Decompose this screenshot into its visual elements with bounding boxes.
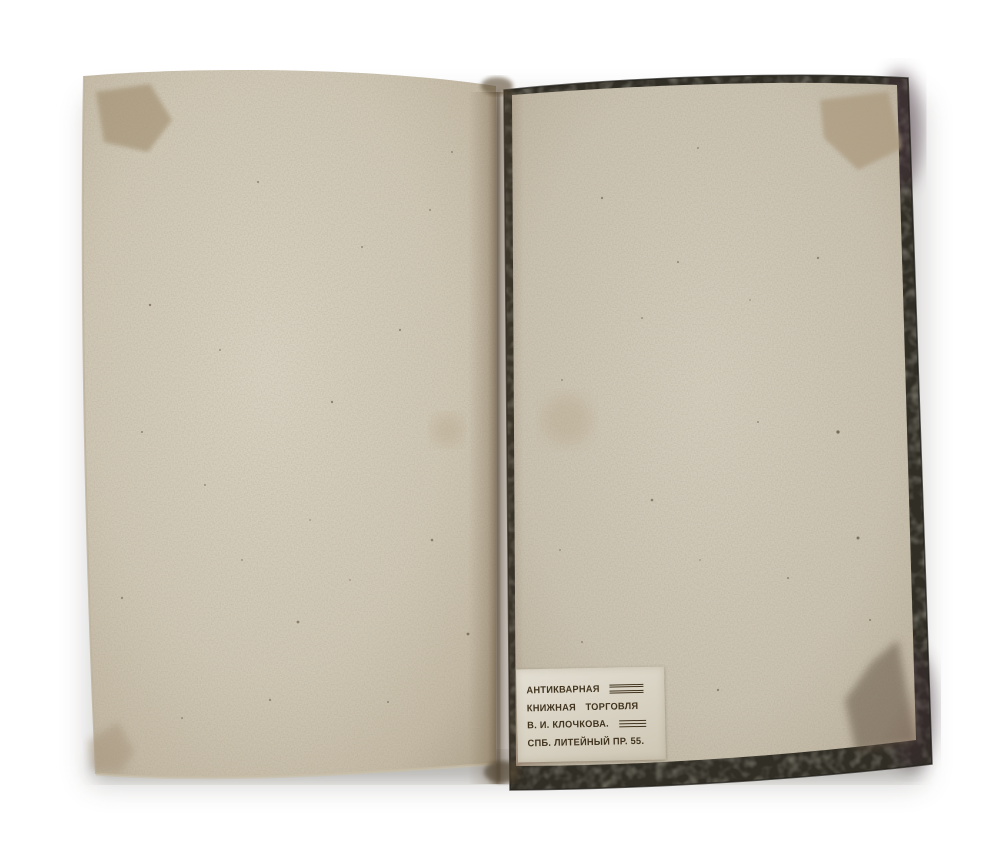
label-text-owner: В. И. КЛОЧКОВА. <box>527 716 609 735</box>
double-rule-icon <box>610 684 644 695</box>
triple-rule-icon <box>619 720 646 729</box>
bookseller-label: АНТИКВАРНАЯ КНИЖНАЯ ТОРГОВЛЯ В. И. КЛОЧК… <box>516 666 666 762</box>
label-text-shop-name: КНИЖНАЯ ТОРГОВЛЯ <box>527 698 639 718</box>
left-page <box>83 70 496 778</box>
label-text-shop-type: АНТИКВАРНАЯ <box>526 681 600 700</box>
label-text-address: СПБ. ЛИТЕЙНЫЙ ПР. 55. <box>527 732 644 752</box>
label-line-4: СПБ. ЛИТЕЙНЫЙ ПР. 55. <box>527 732 657 752</box>
photo-open-book: АНТИКВАРНАЯ КНИЖНАЯ ТОРГОВЛЯ В. И. КЛОЧК… <box>0 0 1000 851</box>
book-artwork <box>0 0 1000 851</box>
right-endpaper <box>512 83 916 766</box>
label-line-2: КНИЖНАЯ ТОРГОВЛЯ <box>527 697 657 717</box>
